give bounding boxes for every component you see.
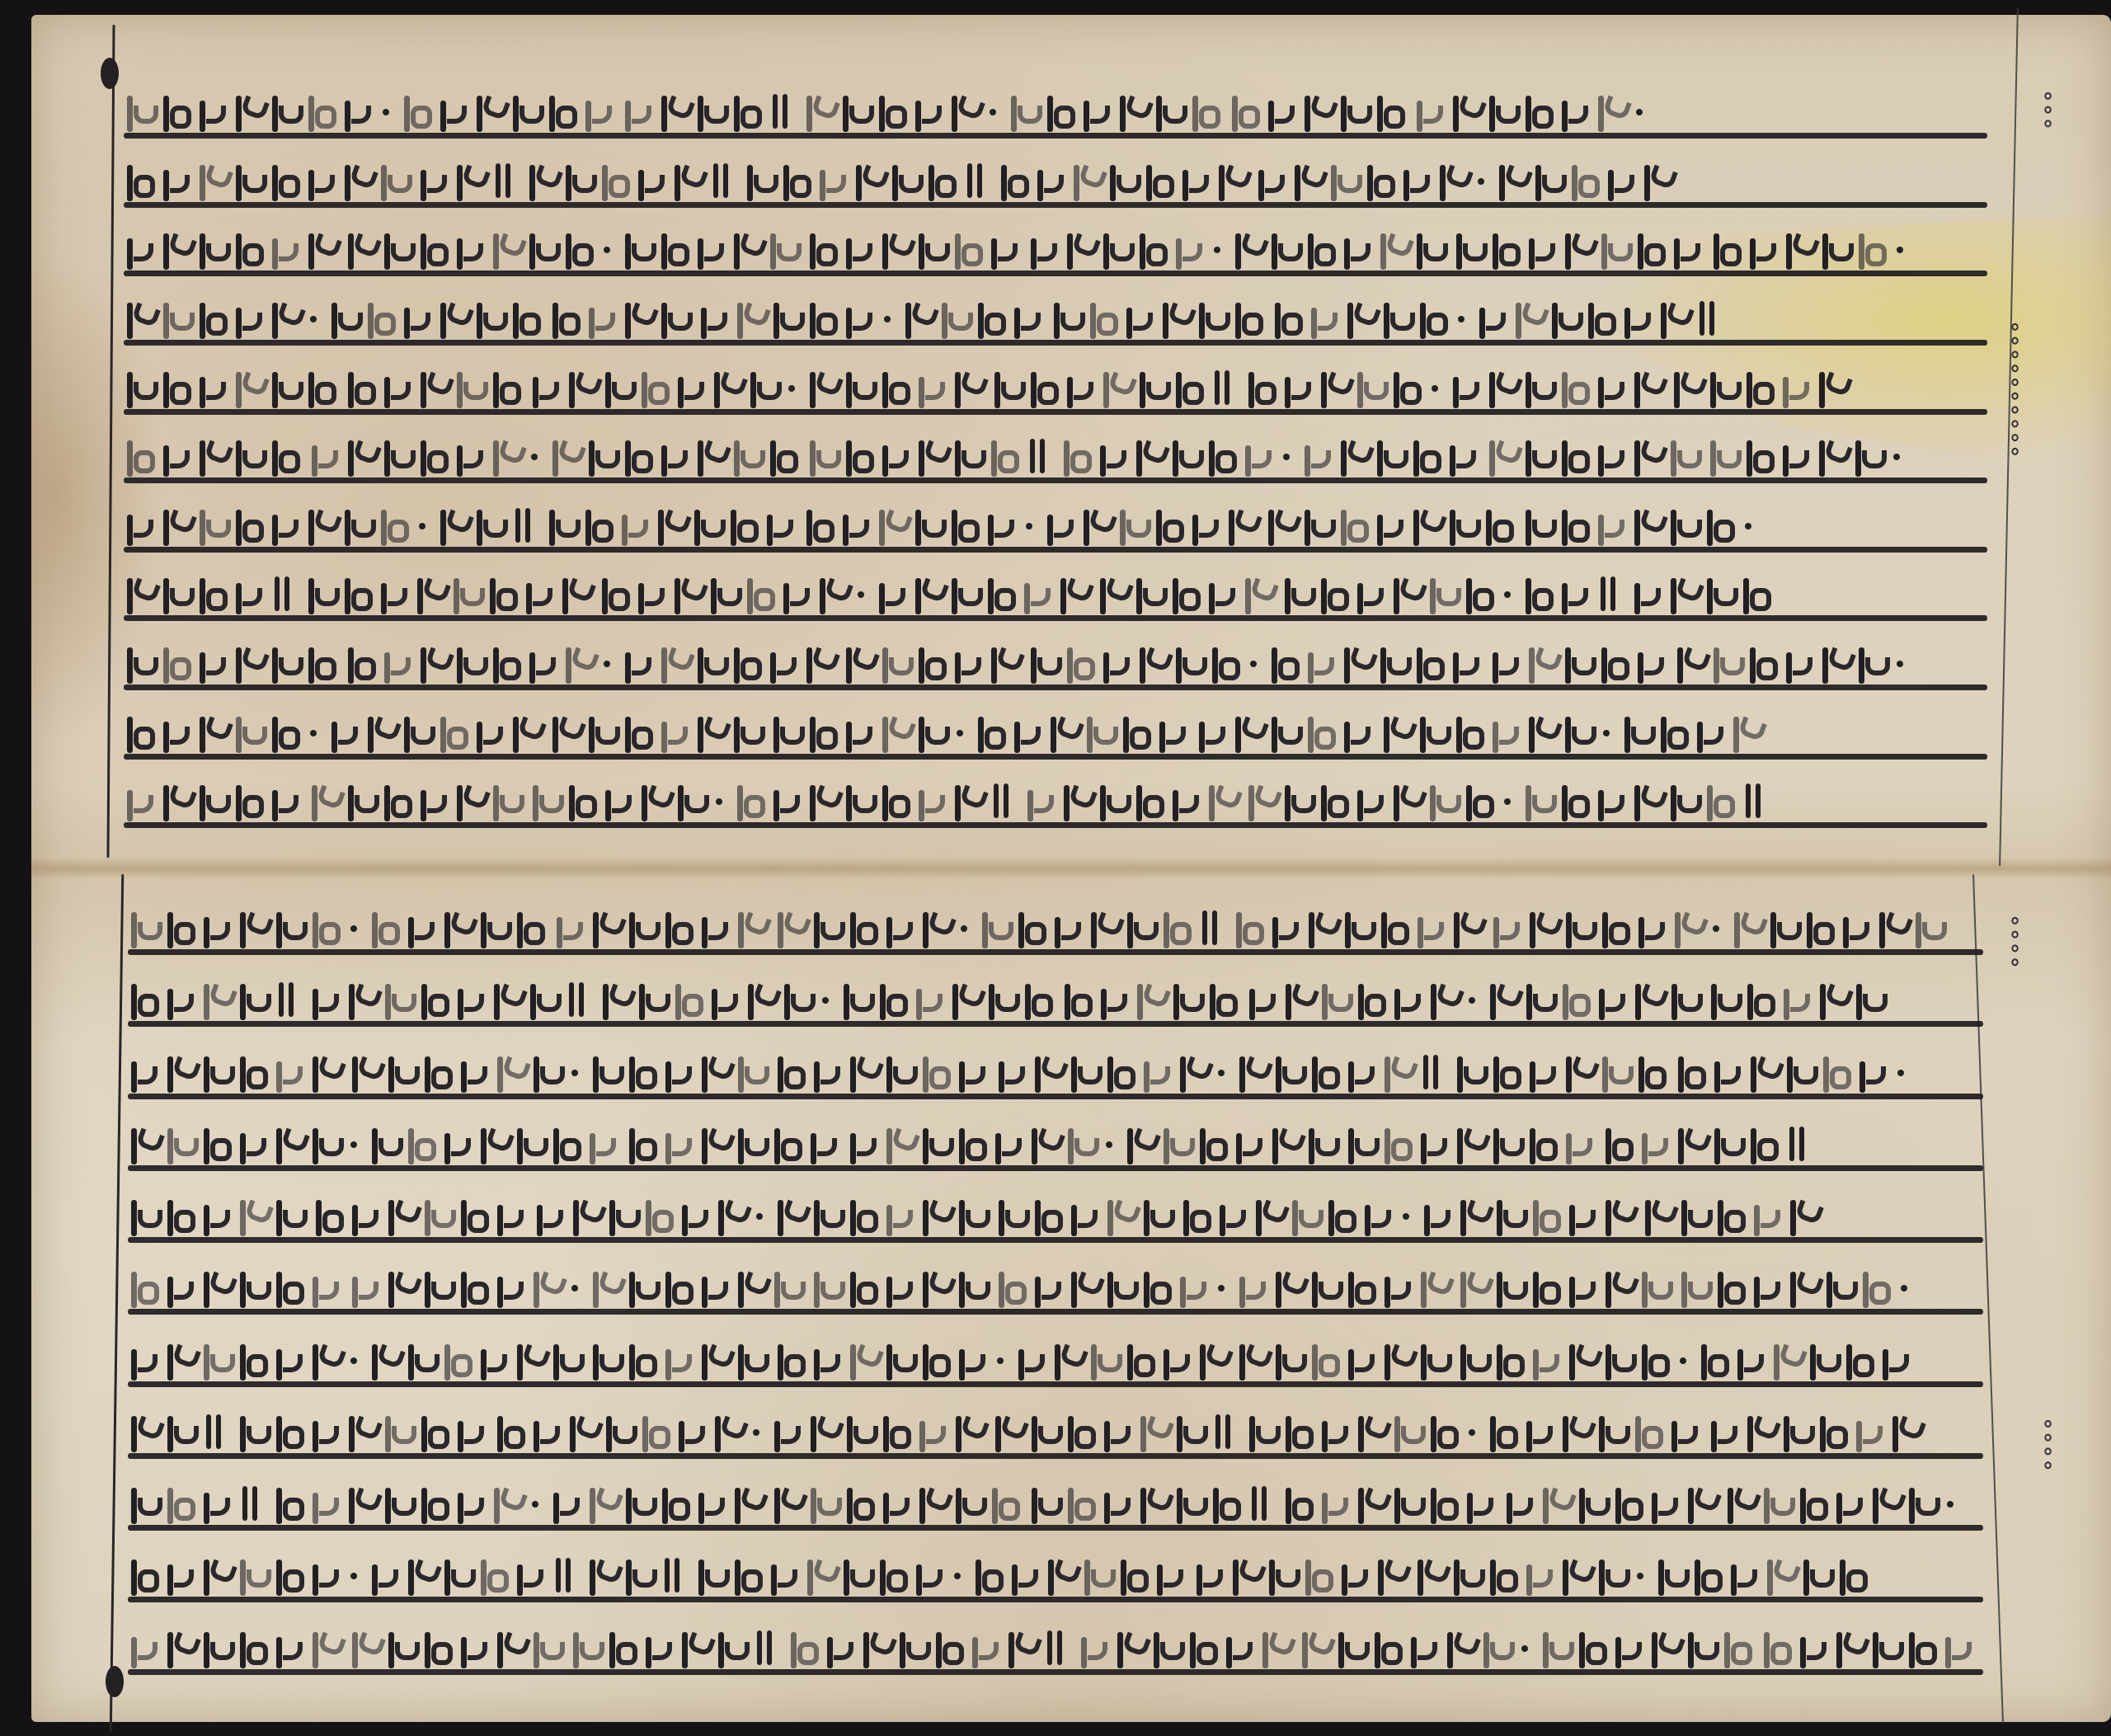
script-glyph [1784,1051,1812,1093]
script-glyph [1671,907,1700,948]
punctuation-dot [1711,907,1719,948]
script-glyph [1855,228,1883,270]
script-line [124,228,1987,281]
script-glyph [1476,298,1504,339]
script-glyph [839,91,867,132]
script-word [1522,505,1732,546]
script-glyph [952,1483,980,1524]
script-glyph [1377,642,1405,684]
script-glyph [843,780,871,821]
script-glyph [1816,435,1844,477]
script-glyph [843,228,871,270]
script-glyph [840,1555,868,1596]
script-word [1731,907,1940,948]
script-glyph [626,1051,654,1093]
script-glyph [1169,435,1197,477]
script-word [1450,367,1659,408]
script-glyph [603,1411,631,1452]
script-word [1196,712,1369,753]
script-word [1015,1339,1225,1381]
punctuation-dot [955,712,963,753]
script-glyph [642,1195,670,1236]
headline-stroke [124,822,1987,828]
script-glyph [1374,435,1402,477]
script-glyph [1193,1555,1221,1596]
script-glyph [698,298,726,339]
script-line [124,435,1987,488]
script-glyph [1028,1411,1056,1452]
punctuation-dot [787,367,795,408]
punctuation-dot [1895,228,1903,270]
script-glyph [1489,712,1517,753]
script-glyph [679,1627,707,1668]
script-word [975,712,1184,753]
script-glyph [233,298,261,339]
manuscript-photo: ॰॰॰ ॰॰॰॰॰॰॰॰॰॰ ॰॰॰॰ ॰॰॰॰ Photograph of t… [0,0,2111,1736]
script-word [774,1339,984,1381]
script-word [1421,1195,1630,1236]
script-glyph [1374,91,1402,132]
script-glyph [1657,298,1686,339]
script-glyph [1668,979,1696,1020]
script-glyph [437,298,465,339]
script-glyph [1242,573,1270,614]
script-glyph [952,228,980,270]
script-glyph [1104,1267,1132,1308]
script-glyph [1648,1627,1676,1668]
double-danda-mark [567,979,588,1020]
script-glyph [1225,505,1253,546]
script-glyph [1807,1339,1835,1381]
script-glyph [385,1195,413,1236]
script-glyph [1068,1051,1096,1093]
script-glyph [473,91,501,132]
script-glyph [1631,780,1659,821]
script-glyph [1704,780,1732,821]
script-glyph [1783,228,1811,270]
script-glyph [273,1339,301,1381]
script-glyph [586,1123,614,1164]
script-glyph [491,979,519,1020]
script-glyph [381,367,409,408]
script-glyph [659,1483,687,1524]
script-glyph [1503,1483,1531,1524]
script-glyph [1088,907,1116,948]
script-word [1282,1483,1492,1524]
script-glyph [1021,573,1049,614]
script-glyph [883,1051,911,1093]
script-glyph [237,979,265,1020]
script-glyph [1319,979,1347,1020]
script-glyph [1770,1339,1798,1381]
script-glyph [1512,298,1540,339]
script-glyph [1381,1267,1409,1308]
script-glyph [1816,367,1844,408]
punctuation-dot [714,780,722,821]
script-glyph [1120,712,1148,753]
script-glyph [164,1195,192,1236]
script-line [128,1339,1983,1392]
script-glyph [526,228,554,270]
script-glyph [1780,979,1808,1020]
script-glyph [418,1411,446,1452]
script-glyph [988,642,1016,684]
script-glyph [582,91,610,132]
script-glyph [1595,435,1623,477]
script-glyph [985,573,1013,614]
script-glyph [490,642,518,684]
script-glyph [164,1339,192,1381]
script-word [1503,1483,1713,1524]
script-glyph [734,780,762,821]
script-glyph [847,1051,875,1093]
headline-stroke [124,615,1987,621]
script-word [1255,160,1465,201]
margin-note-lower-bottom: ॰॰॰॰ [2029,1418,2062,1474]
script-word [124,435,297,477]
script-glyph [1229,91,1257,132]
script-glyph [527,979,555,1020]
script-glyph [1566,1267,1594,1308]
script-glyph [1427,1483,1455,1524]
script-glyph [1751,1267,1779,1308]
script-glyph [1229,1555,1258,1596]
script-line [124,298,1987,350]
script-glyph [1232,712,1260,753]
script-glyph [237,1627,265,1668]
script-glyph [1338,435,1366,477]
script-glyph [1355,1483,1383,1524]
script-glyph [1559,505,1587,546]
script-glyph [1559,435,1587,477]
script-glyph [200,1627,228,1668]
script-glyph [606,1195,634,1236]
script-glyph [1906,1483,1934,1524]
script-glyph [1675,1051,1703,1093]
script-word [1602,1123,1775,1164]
script-glyph [1160,907,1188,948]
script-word [744,160,953,201]
script-glyph [305,505,333,546]
script-glyph [1819,228,1847,270]
script-glyph [915,712,943,753]
script-word [1246,1411,1455,1452]
script-glyph [269,367,297,408]
script-word [1631,573,1768,614]
script-line [128,1555,1983,1607]
script-glyph [655,505,683,546]
script-glyph [1450,367,1478,408]
script-glyph [975,298,1003,339]
script-glyph [1154,1555,1182,1596]
script-word [774,907,947,948]
script-glyph [1232,298,1260,339]
script-glyph [1797,1627,1825,1668]
headline-stroke [124,547,1987,553]
script-glyph [1291,160,1319,201]
script-glyph [559,573,587,614]
script-glyph [309,1339,337,1381]
script-glyph [530,1267,558,1308]
script-glyph [675,1411,703,1452]
script-glyph [369,907,397,948]
script-glyph [988,228,1016,270]
margin-note-lower-top: ॰॰॰॰ [1996,915,2029,971]
headline-stroke [128,1381,1983,1387]
script-glyph [1266,1555,1294,1596]
script-glyph [1530,1267,1558,1308]
script-glyph [662,1123,690,1164]
script-glyph [550,1123,578,1164]
script-glyph [1391,1483,1419,1524]
script-glyph [1318,780,1346,821]
script-word [590,1267,799,1308]
script-glyph [952,642,980,684]
script-glyph [1302,1555,1330,1596]
script-glyph [735,1123,763,1164]
script-glyph [745,979,773,1020]
script-glyph [618,505,646,546]
script-word [1707,435,1880,477]
script-glyph [530,1411,558,1452]
script-glyph [562,160,590,201]
script-glyph [1480,1627,1508,1668]
script-word [770,712,943,753]
script-glyph [477,1339,505,1381]
script-glyph [1355,1411,1383,1452]
script-glyph [309,979,337,1020]
script-glyph [770,780,798,821]
script-glyph [237,1195,265,1236]
script-glyph [774,1339,802,1381]
script-glyph [1173,1483,1201,1524]
script-glyph [196,435,224,477]
script-glyph [1170,979,1198,1020]
script-word [308,435,518,477]
script-glyph [1562,642,1590,684]
punctuation-dot [1024,505,1032,546]
script-glyph [341,573,369,614]
punctuation-dot [1743,505,1751,546]
script-glyph [1301,91,1329,132]
script-glyph [883,1267,911,1308]
script-word [843,642,1016,684]
script-word [590,1051,763,1093]
script-glyph [124,642,152,684]
script-glyph [1008,1555,1037,1596]
script-glyph [694,91,722,132]
script-glyph [662,1339,690,1381]
script-glyph [1724,1483,1752,1524]
script-glyph [349,1195,377,1236]
script-glyph [1740,573,1768,614]
script-glyph [1522,505,1550,546]
script-glyph [378,160,406,201]
script-glyph [626,907,654,948]
script-word [1675,1051,1884,1093]
script-glyph [1381,1123,1409,1164]
script-word [1487,979,1696,1020]
script-glyph [200,907,228,948]
script-glyph [1853,979,1881,1020]
script-glyph [1233,907,1261,948]
script-glyph [1341,712,1369,753]
script-glyph [735,907,763,948]
script-glyph [196,642,224,684]
script-glyph [237,1123,265,1164]
punctuation-dot [1476,160,1484,201]
script-glyph [992,1123,1020,1164]
script-glyph [273,1123,301,1164]
script-glyph [658,642,686,684]
script-word [128,1051,337,1093]
script-glyph [658,228,686,270]
script-glyph [1747,1051,1775,1093]
script-glyph [1179,160,1207,201]
script-glyph [473,298,501,339]
script-glyph [1325,1195,1353,1236]
script-glyph [807,1411,835,1452]
script-glyph [128,1051,156,1093]
script-glyph [200,1267,228,1308]
script-glyph [164,1627,192,1668]
punctuation-dot [995,1339,1004,1381]
script-glyph [487,573,515,614]
script-glyph [880,1411,908,1452]
script-glyph [454,228,482,270]
script-glyph [806,367,835,408]
script-glyph [200,1339,228,1381]
script-word [550,1483,759,1524]
script-glyph [1855,642,1883,684]
script-glyph [200,1483,228,1524]
script-glyph [1265,505,1293,546]
script-glyph [735,1267,763,1308]
script-word [345,228,590,270]
script-glyph [1596,979,1624,1020]
script-glyph [345,642,373,684]
script-glyph [1595,367,1623,408]
headline-stroke [124,202,1987,208]
script-glyph [1060,780,1088,821]
script-glyph [1101,1411,1129,1452]
script-word [995,1267,1205,1308]
script-glyph [491,1483,519,1524]
script-glyph [1634,228,1662,270]
double-danda-mark [1598,573,1620,614]
script-glyph [160,435,188,477]
script-word [369,907,542,948]
script-glyph [840,979,868,1020]
script-glyph [1464,1483,1492,1524]
script-glyph [160,712,188,753]
script-glyph [988,435,1016,477]
script-glyph [1223,1627,1251,1668]
script-glyph [1189,505,1217,546]
script-glyph [1487,1411,1515,1452]
script-glyph [124,505,152,546]
script-glyph [490,780,518,821]
script-glyph [1678,1267,1706,1308]
double-danda-mark [493,160,515,201]
script-word [1486,435,1695,477]
script-glyph [1047,712,1075,753]
script-glyph [876,505,904,546]
double-danda-mark [1697,298,1718,339]
script-glyph [1728,1555,1756,1596]
script-glyph [1453,712,1481,753]
script-glyph [1711,1123,1739,1164]
script-glyph [1856,1051,1884,1093]
script-glyph [623,1483,651,1524]
punctuation-dot [1895,642,1903,684]
script-glyph [1318,573,1346,614]
script-glyph [771,1483,799,1524]
script-glyph [985,505,1013,546]
script-glyph [1463,573,1491,614]
script-word [1024,780,1234,821]
script-glyph [735,1339,763,1381]
script-glyph [599,573,627,614]
script-glyph [1743,435,1771,477]
script-glyph [1160,1123,1188,1164]
punctuation-dot [988,91,996,132]
script-glyph [1027,642,1055,684]
script-glyph [1061,979,1089,1020]
script-glyph [1289,1195,1317,1236]
script-glyph [1632,1411,1660,1452]
script-glyph [1044,91,1072,132]
script-glyph [694,712,722,753]
script-glyph [1427,979,1455,1020]
script-glyph [1391,979,1419,1020]
script-word [806,435,1016,477]
script-glyph [124,91,152,132]
script-glyph [847,907,875,948]
script-glyph [567,1411,595,1452]
script-glyph [1817,979,1845,1020]
script-glyph [269,642,297,684]
script-glyph [401,91,429,132]
script-glyph [1674,642,1702,684]
script-word [1028,1483,1238,1524]
script-glyph [1272,1051,1300,1093]
script-word [847,1123,1093,1164]
script-glyph [421,1267,449,1308]
script-glyph [273,1555,301,1596]
script-glyph [1596,1411,1624,1452]
script-glyph [912,505,940,546]
script-glyph [473,712,501,753]
script-glyph [1301,435,1329,477]
script-glyph [1206,979,1234,1020]
script-glyph [853,160,881,201]
script-glyph [128,1123,156,1164]
headline-stroke [124,409,1987,415]
script-glyph [454,160,482,201]
script-glyph [1087,298,1115,339]
script-glyph [401,298,429,339]
script-glyph [811,907,839,948]
script-glyph [1206,573,1234,614]
script-glyph [1731,907,1759,948]
script-glyph [582,505,610,546]
script-glyph [1454,1051,1482,1093]
script-glyph [806,780,835,821]
script-glyph [160,160,188,201]
script-glyph [622,435,650,477]
script-glyph [196,228,224,270]
